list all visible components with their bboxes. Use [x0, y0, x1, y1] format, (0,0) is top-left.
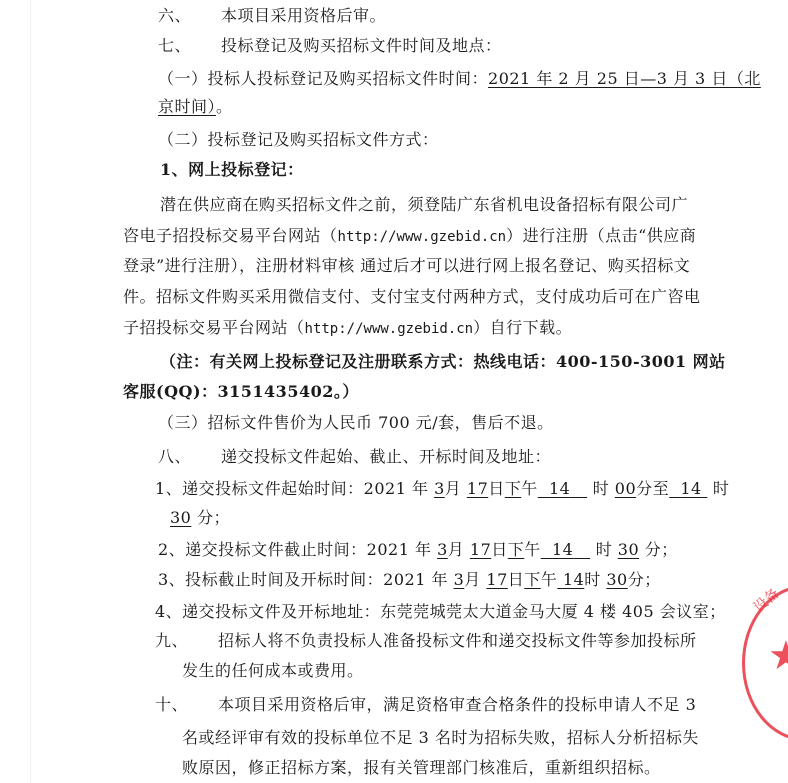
- paragraph-line: 件。招标文件购买采用微信支付、支付宝支付两种方式，支付成功后可在广咨电: [123, 286, 701, 308]
- opening-time: 3、投标截止时间及开标时间：2021 年 3月 17日下午 14时 30分；: [158, 569, 661, 591]
- hour: 14: [563, 570, 584, 589]
- registration-method-heading: （二）投标登记及购买招标文件方式：: [158, 129, 439, 151]
- website-link[interactable]: http://www.gzebid.cn: [305, 321, 474, 337]
- minute: 30: [618, 540, 639, 559]
- unit: 日: [508, 570, 525, 589]
- contact-note-cont: 客服(QQ)：3151435402。）: [123, 381, 359, 403]
- document-page: 六、本项目采用资格后审。 七、投标登记及购买招标文件时间及地点： （一）投标人投…: [0, 0, 788, 783]
- section-number: 七、: [158, 36, 191, 55]
- section-text: 本项目采用资格后审，满足资格审查合格条件的投标申请人不足 3: [218, 695, 696, 714]
- day: 17: [470, 540, 491, 559]
- submission-address: 4、递交投标文件及开标地址：东莞莞城莞太大道金马大厦 4 楼 405 会议室；: [155, 601, 726, 623]
- unit: ；: [644, 570, 661, 589]
- start-time-cont: 30 分；: [170, 507, 230, 529]
- text: （一）投标人投标登记及购买招标文件时间：: [158, 69, 488, 88]
- ampm: 下: [505, 479, 522, 498]
- unit: 午: [541, 570, 558, 589]
- section-9-cont: 发生的任何成本或费用。: [182, 660, 364, 682]
- seal-star-icon: ★: [768, 636, 788, 676]
- unit: 月: [445, 479, 462, 498]
- date-range-cont: 京时间）: [158, 97, 216, 116]
- unit: 月: [464, 570, 481, 589]
- section-text: 投标登记及购买招标文件时间及地点：: [221, 36, 502, 55]
- section-9: 九、招标人将不负责投标人准备投标文件和递交投标文件等参加投标所: [155, 630, 697, 652]
- section-text: 递交投标文件起始、截止、开标时间及地址：: [221, 447, 551, 466]
- to-minute: 30: [170, 508, 191, 527]
- hour: 14: [549, 479, 570, 498]
- start-time: 1、递交投标文件起始时间：2021 年 3月 17日下午 14 时 00分至 1…: [155, 478, 729, 500]
- page-edge: [30, 0, 31, 783]
- paragraph-line: 潜在供应商在购买招标文件之前，须登陆广东省机电设备招标有限公司广: [160, 194, 688, 216]
- section-number: 九、: [155, 631, 188, 650]
- unit: ；: [661, 540, 678, 559]
- unit: 分: [636, 479, 653, 498]
- unit: 分: [197, 508, 214, 527]
- text: 子招投标交易平台网站（: [123, 318, 305, 337]
- section-10: 十、本项目采用资格后审，满足资格审查合格条件的投标申请人不足 3: [155, 694, 696, 716]
- label: 3、投标截止时间及开标时间：2021 年: [158, 570, 448, 589]
- ampm: 下: [524, 570, 541, 589]
- minute: 00: [615, 479, 636, 498]
- day: 17: [467, 479, 488, 498]
- section-number: 十、: [155, 695, 188, 714]
- deadline-time: 2、递交投标文件截止时间：2021 年 3月 17日下午 14 时 30 分；: [158, 539, 678, 561]
- minute: 30: [606, 570, 627, 589]
- label: 2、递交投标文件截止时间：2021 年: [158, 540, 432, 559]
- month: 3: [434, 479, 445, 498]
- section-7: 七、投标登记及购买招标文件时间及地点：: [158, 35, 502, 57]
- hour: 14: [552, 540, 573, 559]
- section-text: 本项目采用资格后审。: [221, 6, 386, 25]
- contact-note: （注：有关网上投标登记及注册联系方式：热线电话：400-150-3001 网站: [160, 351, 726, 373]
- month: 3: [437, 540, 448, 559]
- to-hour: 14: [680, 479, 701, 498]
- online-registration-heading: 1、网上投标登记：: [160, 159, 304, 181]
- paragraph-line: 子招投标交易平台网站（http://www.gzebid.cn）自行下载。: [123, 317, 572, 340]
- unit: 日: [491, 540, 508, 559]
- month: 3: [454, 570, 465, 589]
- label: 1、递交投标文件起始时间：2021 年: [155, 479, 429, 498]
- text: 。: [216, 97, 233, 116]
- unit: 分: [645, 540, 662, 559]
- unit: 时: [713, 479, 730, 498]
- text: 咨电子招投标交易平台网站（: [123, 226, 338, 245]
- text: ）自行下载。: [473, 318, 572, 337]
- section-8: 八、递交投标文件起始、截止、开标时间及地址：: [158, 446, 551, 468]
- unit: 至: [653, 479, 670, 498]
- unit: 分: [628, 570, 645, 589]
- registration-period-cont: 京时间）。: [158, 96, 233, 118]
- unit: 日: [488, 479, 505, 498]
- section-6: 六、本项目采用资格后审。: [158, 5, 386, 27]
- unit: ；: [213, 508, 230, 527]
- website-link[interactable]: http://www.gzebid.cn: [338, 229, 507, 245]
- text: ）进行注册（点击“供应商: [506, 226, 696, 245]
- unit: 午: [521, 479, 538, 498]
- section-number: 八、: [158, 447, 191, 466]
- section-10-cont: 败原因，修正招标方案，报有关管理部门核准后，重新组织招标。: [182, 757, 661, 779]
- registration-period: （一）投标人投标登记及购买招标文件时间：2021 年 2 月 25 日—3 月 …: [158, 68, 761, 90]
- paragraph-line: 登录”进行注册），注册材料审核 通过后才可以进行网上报名登记、购买招标文: [123, 255, 690, 277]
- section-number: 六、: [158, 6, 191, 25]
- unit: 时: [596, 540, 613, 559]
- ampm: 下: [508, 540, 525, 559]
- price-line: （三）招标文件售价为人民币 700 元/套，售后不退。: [158, 412, 554, 434]
- unit: 月: [448, 540, 465, 559]
- paragraph-line: 咨电子招投标交易平台网站（http://www.gzebid.cn）进行注册（点…: [123, 225, 696, 248]
- unit: 时: [584, 570, 601, 589]
- section-text: 招标人将不负责投标人准备投标文件和递交投标文件等参加投标所: [218, 631, 697, 650]
- unit: 午: [524, 540, 541, 559]
- section-10-cont: 名或经评审有效的投标单位不足 3 名时为招标失败，招标人分析招标失: [182, 727, 699, 749]
- date-range: 2021 年 2 月 25 日—3 月 3 日（北: [488, 69, 761, 88]
- day: 17: [486, 570, 507, 589]
- unit: 时: [593, 479, 610, 498]
